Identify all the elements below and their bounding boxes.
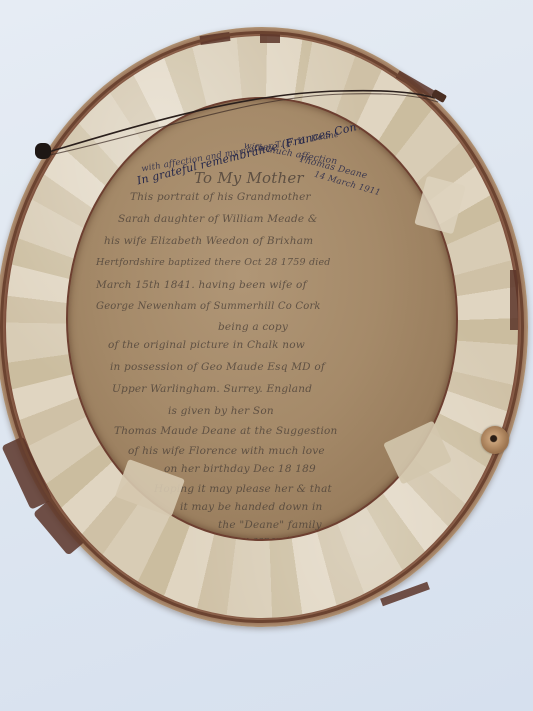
cork-plug — [481, 426, 509, 454]
body-line: his wife Elizabeth Weedon of Brixham — [104, 235, 313, 247]
body-line: Hertfordshire baptized there Oct 28 1759… — [96, 257, 331, 268]
body-line: Sarah daughter of William Meade & — [118, 213, 317, 225]
body-line: This portrait of his Grandmother — [130, 191, 311, 203]
body-line: George Newenham of Summerhill Co Cork — [96, 301, 321, 312]
body-line: March 15th 1841. having been wife of — [96, 279, 307, 291]
body-line: being a copy — [218, 321, 288, 333]
body-line: of the original picture in Chalk now — [108, 339, 305, 351]
body-line: in possession of Geo Maude Esq MD of — [110, 361, 325, 373]
body-line: of his wife Florence with much love — [128, 445, 325, 457]
body-line: it may be handed down in — [180, 501, 323, 513]
body-line: Upper Warlingham. Surrey. England — [112, 383, 312, 395]
body-line: the "Deane" family — [218, 519, 322, 531]
body-line: on her birthday Dec 18 189 — [164, 463, 316, 475]
body-line: Thomas Maude Deane at the Suggestion — [114, 425, 338, 437]
hanger-knot — [35, 143, 51, 159]
inscription-title: To My Mother — [194, 169, 304, 187]
body-line: is given by her Son — [168, 405, 274, 417]
